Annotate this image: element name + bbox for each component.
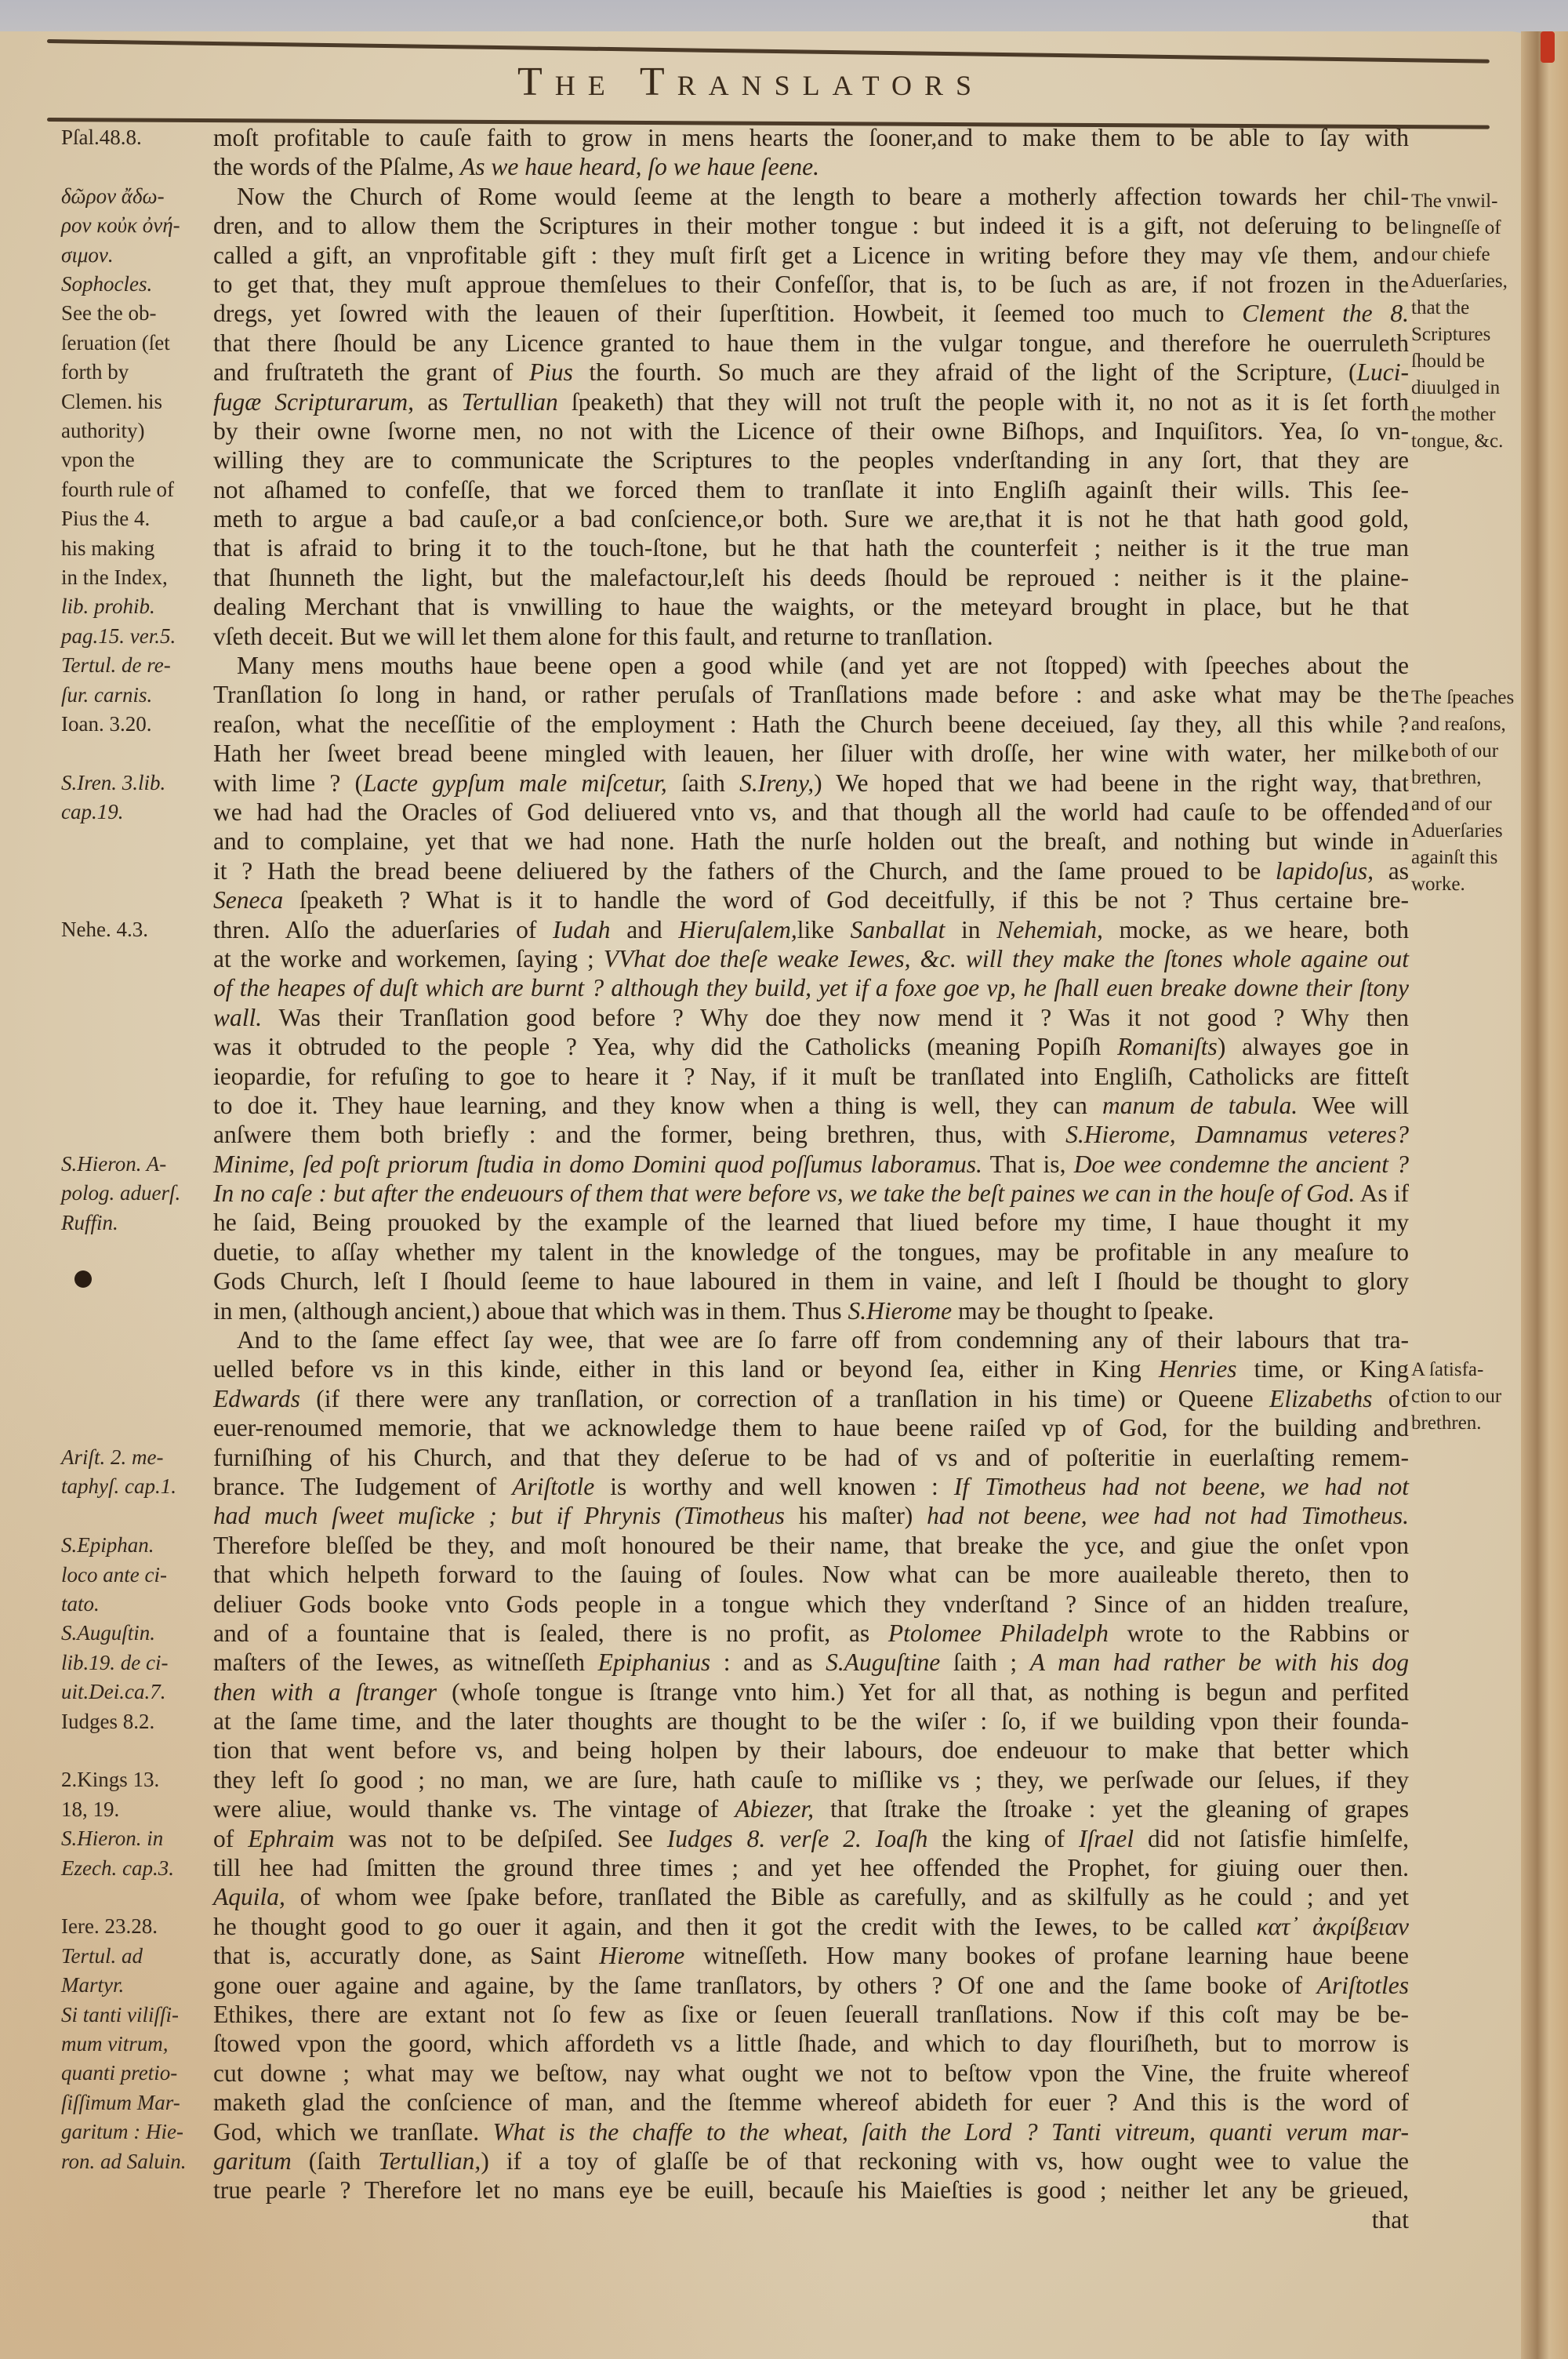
roman-text: that is, accuratly done, as Saint <box>213 1942 599 1969</box>
roman-text: and <box>611 916 679 943</box>
side-heading-line: brethren, <box>1411 765 1529 791</box>
italic-text: Clement the 8. <box>1242 300 1409 327</box>
text-line: In no caſe : but after the endeuours of … <box>213 1179 1409 1208</box>
roman-text: (if there were any tranſlation, or corre… <box>300 1385 1269 1412</box>
roman-text: maketh glad the conſcience of man, and t… <box>213 2088 1409 2116</box>
margin-note-line: S.Iren. 3.lib. <box>61 769 210 798</box>
italic-text: Romaniſts <box>1117 1033 1218 1060</box>
side-heading-line: Scriptures <box>1411 322 1529 348</box>
italic-text: Abiezer, <box>735 1795 814 1823</box>
margin-note-line: polog. aduerſ. <box>61 1179 210 1208</box>
roman-text: to get that, they muſt approue themſelue… <box>213 271 1409 298</box>
text-line: was it obtruded to the people ? Yea, why… <box>213 1032 1409 1061</box>
italic-text: Tertullian <box>462 388 558 416</box>
roman-text: ſaith ; <box>940 1648 1030 1676</box>
side-heading-note: The ſpeachesand reaſons,both of ourbreth… <box>1411 685 1529 898</box>
roman-text: that which helpeth forward to the ſauing… <box>213 1561 1409 1588</box>
roman-text: to doe it. They haue learning, and they … <box>213 1092 1102 1119</box>
text-line: Gods Church, leſt I ſhould ſeeme to haue… <box>213 1267 1409 1296</box>
roman-text: euer-renoumed memorie, that we acknowled… <box>213 1414 1409 1441</box>
roman-text <box>862 1825 876 1852</box>
side-heading-line: Aduerſaries, <box>1411 268 1529 295</box>
italic-text: S.Hierome, Damnamus veteres? <box>1065 1121 1409 1148</box>
italic-text: wall. <box>213 1004 262 1031</box>
margin-note-line: Ioan. 3.20. <box>61 710 210 739</box>
text-line: ieopardie, for refuſing to goe to heare … <box>213 1062 1409 1091</box>
italic-text: Iudah <box>553 916 611 943</box>
roman-text: they left ſo good ; no man, we are ſure,… <box>213 1766 1409 1794</box>
roman-text: (whoſe tongue is ſtrange vnto him.) Yet … <box>437 1678 1409 1706</box>
side-heading-line: and of our <box>1411 791 1529 818</box>
italic-text: Henries <box>1159 1355 1237 1383</box>
italic-text: garitum <box>213 2147 292 2175</box>
text-line: of the heapes of duſt which are burnt ? … <box>213 973 1409 1002</box>
side-heading-line: tongue, &c. <box>1411 428 1529 455</box>
margin-note-line: Iere. 23.28. <box>61 1912 210 1941</box>
roman-text: the words of the Pſalme, <box>213 153 460 180</box>
text-line: Aquila, of whom wee ſpake before, tranſl… <box>213 1882 1409 1911</box>
roman-text: ) if a toy of glaſſe be of that reckonin… <box>481 2147 1409 2175</box>
text-line: dregs, yet ſowred with the leauen of the… <box>213 299 1409 328</box>
roman-text: (ſaith <box>292 2147 379 2175</box>
margin-note-line: cap.19. <box>61 798 210 827</box>
italic-text: Sanballat <box>851 916 946 943</box>
margin-note-line: Pius the 4. <box>61 504 210 533</box>
roman-text: : and as <box>710 1648 826 1676</box>
text-line: they left ſo good ; no man, we are ſure,… <box>213 1765 1409 1794</box>
roman-text: as <box>414 388 462 416</box>
roman-text: deliuer Gods booke vnto Gods people in a… <box>213 1590 1409 1618</box>
margin-note-line: S.Hieron. in <box>61 1824 210 1853</box>
side-heading-note: A ſatisfa-ction to ourbrethren. <box>1411 1357 1529 1437</box>
roman-text: Was their Tranſlation good before ? Why … <box>262 1004 1409 1031</box>
roman-text: vſeth deceit. But we will let them alone… <box>213 623 993 650</box>
roman-text: duetie, to aſſay whether my talent in th… <box>213 1238 1409 1266</box>
side-heading-line: our chiefe <box>1411 242 1529 268</box>
text-line: true pearle ? Therefore let no mans eye … <box>213 2175 1409 2205</box>
margin-note: δῶρον ἄδω-ρον κοὐκ ὀνή-σιμον. <box>61 182 210 270</box>
text-line: vſeth deceit. But we will let them alone… <box>213 622 1409 651</box>
text-line: till hee had ſmitten the ground three ti… <box>213 1853 1409 1882</box>
italic-text: Elizabeths <box>1269 1385 1372 1412</box>
text-line: were aliue, would thanke vs. The vintage… <box>213 1794 1409 1823</box>
italic-text: Hierome <box>599 1942 684 1969</box>
margin-note-line: Iudges 8.2. <box>61 1707 210 1736</box>
roman-text: dealing Merchant that is vnwilling to ha… <box>213 593 1409 620</box>
roman-text: ſpeaketh ? What is it to handle the word… <box>283 886 1409 914</box>
text-line: and of a fountaine that is ſealed, there… <box>213 1619 1409 1648</box>
roman-text: that ſhunneth the light, but the malefac… <box>213 564 1409 591</box>
text-line: the words of the Pſalme, As we haue hear… <box>213 152 1409 181</box>
margin-note-line: authority) <box>61 416 210 445</box>
text-line: duetie, to aſſay whether my talent in th… <box>213 1238 1409 1267</box>
margin-note-line: Pſal.48.8. <box>61 123 210 152</box>
margin-note-line: tato. <box>61 1590 210 1619</box>
margin-note-line: lib. prohib. <box>61 592 210 621</box>
margin-note-line: ſeruation (ſet <box>61 329 210 358</box>
italic-text: S.Hierome <box>848 1297 952 1325</box>
margin-note-line: σιμον. <box>61 241 210 270</box>
text-line: gone ouer againe and againe, by the ſame… <box>213 1971 1409 2000</box>
roman-text: anſwere them both briefly : and the form… <box>213 1121 1065 1148</box>
italic-text: Nehemiah, <box>996 916 1103 943</box>
roman-text: furniſhing of his Church, and that they … <box>213 1444 1409 1471</box>
text-line: Edwards (if there were any tranſlation, … <box>213 1384 1409 1413</box>
text-line: we had had the Oracles of God deliuered … <box>213 798 1409 827</box>
roman-text: at the ſame time, and the later thoughts… <box>213 1707 1409 1735</box>
margin-note-line: 2.Kings 13. <box>61 1765 210 1794</box>
roman-text: ſaith <box>667 769 739 797</box>
italic-text: Edwards <box>213 1385 300 1412</box>
roman-text: thren. Alſo the aduerſaries of <box>213 916 553 943</box>
text-line: maketh glad the conſcience of man, and t… <box>213 2088 1409 2117</box>
italic-text: of the heapes of duſt which are burnt ? … <box>213 974 1409 1001</box>
roman-text: Now the Church of Rome would ſeeme at th… <box>237 183 1409 210</box>
roman-text: that is afraid to bring it to the touch-… <box>213 534 1409 562</box>
roman-text: it ? Hath the bread beene deliuered by t… <box>213 857 1276 885</box>
text-line: thren. Alſo the aduerſaries of Iudah and… <box>213 915 1409 944</box>
text-line: furniſhing of his Church, and that they … <box>213 1443 1409 1472</box>
text-line: And to the ſame effect ſay wee, that wee… <box>213 1325 1409 1354</box>
roman-text: willing they are to communicate the Scri… <box>213 446 1409 474</box>
text-line: that ſhunneth the light, but the malefac… <box>213 563 1409 592</box>
roman-text: the fourth. So much are they afraid of t… <box>573 358 1357 386</box>
italic-text: fugæ Scripturarum, <box>213 388 414 416</box>
margin-note: S.Hieron. inEzech. cap.3. <box>61 1824 210 1883</box>
text-line: by their owne ſworne men, no not with th… <box>213 416 1409 445</box>
text-line: then with a ſtranger (whoſe tongue is ſt… <box>213 1677 1409 1707</box>
roman-text: did not ſatisfie himſelfe, <box>1134 1825 1409 1852</box>
roman-text: were aliue, would thanke vs. The vintage… <box>213 1795 735 1823</box>
text-line: anſwere them both briefly : and the form… <box>213 1120 1409 1149</box>
italic-text: Aquila, <box>213 1883 285 1910</box>
italic-text: What is the chaffe to the wheat, ſaith t… <box>493 2118 1410 2146</box>
roman-text: in <box>945 916 996 943</box>
text-line: Many mens mouths haue beene open a good … <box>213 651 1409 680</box>
margin-note-line: Ariſt. 2. me- <box>61 1443 210 1472</box>
margin-note-line: his making <box>61 534 210 563</box>
italic-text: Seneca <box>213 886 283 914</box>
text-line: dren, and to allow them the Scriptures i… <box>213 211 1409 240</box>
text-line: uelled before vs in this kinde, either i… <box>213 1354 1409 1383</box>
roman-text: ſtowed vpon the goord, which affordeth v… <box>213 2030 1409 2057</box>
text-line: Minime, ſed poſt priorum ſtudia in domo … <box>213 1150 1409 1179</box>
text-line: moſt profitable to cauſe faith to grow i… <box>213 123 1409 152</box>
ink-blot <box>74 1270 92 1288</box>
text-line: wall. Was their Tranſlation good before … <box>213 1003 1409 1032</box>
side-heading-line: Aduerſaries <box>1411 818 1529 845</box>
roman-text: ſpeaketh) that they will not truſt the p… <box>558 388 1409 416</box>
roman-text: is worthy and well knowen : <box>594 1473 954 1500</box>
text-line: ſtowed vpon the goord, which affordeth v… <box>213 2029 1409 2058</box>
text-line: it ? Hath the bread beene deliuered by t… <box>213 856 1409 885</box>
roman-text: maſters of the Iewes, as witneſſeth <box>213 1648 598 1676</box>
margin-note-line: mum vitrum, <box>61 2030 210 2059</box>
roman-text: tion that went before vs, and being holp… <box>213 1736 1409 1764</box>
text-line: that is, accuratly done, as Saint Hierom… <box>213 1941 1409 1970</box>
margin-note: Ariſt. 2. me-taphyſ. cap.1. <box>61 1443 210 1502</box>
margin-note-line: Martyr. <box>61 1971 210 2000</box>
roman-text: in men, (although ancient,) aboue that w… <box>213 1297 848 1325</box>
margin-note: Si tanti viliſſi-mum vitrum,quanti preti… <box>61 2001 210 2176</box>
margin-note-line: 18, 19. <box>61 1795 210 1824</box>
roman-text: gone ouer againe and againe, by the ſame… <box>213 1972 1317 1999</box>
margin-note-line: loco ante ci- <box>61 1561 210 1590</box>
text-line: to get that, they muſt approue themſelue… <box>213 270 1409 299</box>
roman-text: that ſtrake the ſtroake : yet the gleani… <box>814 1795 1409 1823</box>
side-heading-line: brethren. <box>1411 1410 1529 1437</box>
margin-note-line: Tertul. ad <box>61 1942 210 1971</box>
roman-text: mocke, as we heare, both <box>1103 916 1409 943</box>
margin-note-line: δῶρον ἄδω- <box>61 182 210 211</box>
text-line: Now the Church of Rome would ſeeme at th… <box>213 182 1409 211</box>
text-line: God, which we tranſlate. What is the cha… <box>213 2117 1409 2146</box>
roman-text: called a gift, an vnprofitable gift : th… <box>213 242 1409 269</box>
margin-note: Nehe. 4.3. <box>61 915 210 944</box>
roman-text: of <box>213 1825 248 1852</box>
side-heading-line: that the <box>1411 295 1529 322</box>
margin-note-line: Si tanti viliſſi- <box>61 2001 210 2030</box>
roman-text: that there ſhould be any Licence granted… <box>213 329 1409 357</box>
italic-text: In no caſe : but after the endeuours of … <box>213 1179 1355 1207</box>
side-heading-line: The vnwil- <box>1411 188 1529 215</box>
italic-text: Ephraim <box>248 1825 334 1852</box>
roman-text: moſt profitable to cauſe faith to grow i… <box>213 124 1409 151</box>
margin-note-line: Tertul. de re- <box>61 651 210 680</box>
margin-note-line: Clemen. his <box>61 387 210 416</box>
margin-note-line: ron. ad Saluin. <box>61 2147 210 2176</box>
text-line: maſters of the Iewes, as witneſſeth Epip… <box>213 1648 1409 1677</box>
text-line: Tranſlation ſo long in hand, or rather p… <box>213 680 1409 709</box>
italic-text: Doe wee condemne the ancient ? <box>1074 1150 1409 1178</box>
side-heading-line: A ſatisfa- <box>1411 1357 1529 1383</box>
roman-text: with lime ? ( <box>213 769 363 797</box>
roman-text: witneſſeth. How many bookes of profane l… <box>684 1942 1409 1969</box>
text-line: with lime ? (Lacte gypſum male miſcetur,… <box>213 769 1409 798</box>
margin-note: Iere. 23.28. <box>61 1912 210 1941</box>
italic-text: Epiphanius <box>598 1648 711 1676</box>
italic-text: Ioaſh <box>876 1825 928 1852</box>
roman-text: ieopardie, for refuſing to goe to heare … <box>213 1063 1409 1090</box>
text-line: deliuer Gods booke vnto Gods people in a… <box>213 1590 1409 1619</box>
roman-text: was it obtruded to the people ? Yea, why… <box>213 1033 1117 1060</box>
roman-text: As if <box>1355 1179 1409 1207</box>
text-line: cut downe ; what may we beſtow, nay what… <box>213 2059 1409 2088</box>
text-line: he ſaid, Being prouoked by the example o… <box>213 1208 1409 1237</box>
margin-note-line: lib.19. de ci- <box>61 1648 210 1677</box>
italic-text: Luci- <box>1357 358 1410 386</box>
roman-text: his maſter) <box>785 1502 927 1529</box>
italic-text: VVhat doe theſe weake Iewes, &c. will th… <box>604 945 1409 972</box>
roman-text: and fruſtrateth the grant of <box>213 358 529 386</box>
roman-text: Gods Church, leſt I ſhould ſeeme to haue… <box>213 1267 1409 1295</box>
side-heading-note: The vnwil-lingneſſe ofour chiefeAduerſar… <box>1411 188 1529 455</box>
margin-note-line: quanti pretio- <box>61 2059 210 2088</box>
margin-note-line: Nehe. 4.3. <box>61 915 210 944</box>
italic-text: had not beene, wee had not had Timotheus… <box>927 1502 1409 1529</box>
text-line: Ethikes, there are extant not ſo few as … <box>213 2000 1409 2029</box>
text-line: and to complaine, yet that we had none. … <box>213 827 1409 856</box>
roman-text: Many mens mouths haue beene open a good … <box>237 652 1409 679</box>
margin-note: 2.Kings 13.18, 19. <box>61 1765 210 1824</box>
side-heading-line: The ſpeaches <box>1411 685 1529 711</box>
text-line: called a gift, an vnprofitable gift : th… <box>213 241 1409 270</box>
roman-text: like <box>797 916 851 943</box>
text-line: garitum (ſaith Tertullian,) if a toy of … <box>213 2146 1409 2175</box>
roman-text: of <box>1372 1385 1409 1412</box>
roman-text: dren, and to allow them the Scriptures i… <box>213 212 1409 239</box>
side-heading-line: worke. <box>1411 871 1529 898</box>
side-heading-line: againſt this <box>1411 845 1529 871</box>
text-line: meth to argue a bad cauſe,or a bad conſc… <box>213 504 1409 533</box>
margin-note-line: taphyſ. cap.1. <box>61 1472 210 1501</box>
margin-note-line: Sophocles. <box>61 270 210 299</box>
side-heading-line: diuulged in <box>1411 375 1529 402</box>
text-line: tion that went before vs, and being holp… <box>213 1736 1409 1765</box>
margin-note-line: ſiſſimum Mar- <box>61 2088 210 2117</box>
text-line: of Ephraim was not to be deſpiſed. See I… <box>213 1824 1409 1853</box>
roman-text: the king of <box>927 1825 1079 1852</box>
margin-note: S.Auguſtin.lib.19. de ci-uit.Dei.ca.7. <box>61 1619 210 1707</box>
text-line: dealing Merchant that is vnwilling to ha… <box>213 592 1409 621</box>
margin-note-line: pag.15. ver.5. <box>61 622 210 651</box>
text-line: in men, (although ancient,) aboue that w… <box>213 1296 1409 1325</box>
roman-text: Hath her ſweet bread beene mingled with … <box>213 740 1409 767</box>
italic-text: Hieruſalem, <box>678 916 797 943</box>
italic-text: A man had rather be with his dog <box>1030 1648 1409 1676</box>
margin-note: See the ob-ſeruation (ſetforth byClemen.… <box>61 299 210 592</box>
text-line: that there ſhould be any Licence granted… <box>213 329 1409 358</box>
roman-text: time, or King <box>1237 1355 1409 1383</box>
margin-note-line: in the Index, <box>61 563 210 592</box>
side-heading-line: lingneſſe of <box>1411 215 1529 242</box>
italic-text: manum de tabula. <box>1102 1092 1298 1119</box>
roman-text: as <box>1374 857 1409 885</box>
roman-text: brance. The Iudgement of <box>213 1473 512 1500</box>
text-line: at the ſame time, and the later thoughts… <box>213 1707 1409 1736</box>
margin-note-line: See the ob- <box>61 299 210 328</box>
roman-text: uelled before vs in this kinde, either i… <box>213 1355 1159 1383</box>
italic-text: Pius <box>529 358 573 386</box>
margin-note: Tertul. adMartyr. <box>61 1942 210 2001</box>
margin-note-line: vpon the <box>61 445 210 474</box>
italic-text: If Timotheus had not beene, we had not <box>954 1473 1409 1500</box>
margin-note-line: Ruffin. <box>61 1209 210 1238</box>
text-line: willing they are to communicate the Scri… <box>213 445 1409 474</box>
italic-text: Ptolomee Philadelph <box>888 1619 1109 1647</box>
roman-text: at the worke and workemen, ſaying ; <box>213 945 604 972</box>
roman-text: of whom wee ſpake before, tranſlated the… <box>285 1883 1409 1910</box>
text-line: and fruſtrateth the grant of Pius the fo… <box>213 358 1409 387</box>
margin-note: Iudges 8.2. <box>61 1707 210 1736</box>
side-heading-line: ſhould be <box>1411 348 1529 375</box>
italic-text: κατ᾽ ἀκρίβειαν <box>1257 1913 1409 1940</box>
italic-text: As we haue heard, ſo we haue ſeene. <box>460 153 819 180</box>
text-line: euer-renoumed memorie, that we acknowled… <box>213 1413 1409 1442</box>
roman-text: and of a fountaine that is ſealed, there… <box>213 1619 888 1647</box>
margin-note: S.Iren. 3.lib.cap.19. <box>61 769 210 827</box>
roman-text: was not to be deſpiſed. See <box>334 1825 666 1852</box>
italic-text: Minime, ſed poſt priorum ſtudia in domo … <box>213 1150 982 1178</box>
margin-note: S.Epiphan.loco ante ci-tato. <box>61 1531 210 1619</box>
roman-text: meth to argue a bad cauſe,or a bad conſc… <box>213 505 1409 533</box>
margin-note: lib. prohib.pag.15. ver.5.Tertul. de re-… <box>61 592 210 710</box>
roman-text: ) We hoped that we had beene in the righ… <box>814 769 1409 797</box>
roman-text: that <box>1372 2206 1409 2234</box>
text-line: Therefore bleſſed be they, and moſt hono… <box>213 1531 1409 1560</box>
roman-text: we had had the Oracles of God deliuered … <box>213 798 1409 826</box>
text-line: at the worke and workemen, ſaying ; VVha… <box>213 944 1409 973</box>
side-heading-line: both of our <box>1411 738 1529 765</box>
margin-note-line: S.Epiphan. <box>61 1531 210 1560</box>
text-line: fugæ Scripturarum, as Tertullian ſpeaket… <box>213 387 1409 416</box>
page-edge-red-mark <box>1541 31 1555 63</box>
italic-text: S.Auguſtine <box>826 1648 940 1676</box>
roman-text: ) alwayes goe in <box>1218 1033 1409 1060</box>
italic-text: then with a ſtranger <box>213 1678 437 1706</box>
text-line: that is afraid to bring it to the touch-… <box>213 533 1409 562</box>
roman-text: till hee had ſmitten the ground three ti… <box>213 1854 1409 1881</box>
italic-text: lapidoſus, <box>1276 857 1374 885</box>
roman-text: Therefore bleſſed be they, and moſt hono… <box>213 1532 1409 1559</box>
text-line: reaſon, what the neceſſitie of the emplo… <box>213 710 1409 739</box>
margin-note-line: uit.Dei.ca.7. <box>61 1677 210 1707</box>
roman-text: cut downe ; what may we beſtow, nay what… <box>213 2059 1409 2087</box>
margin-note: Ioan. 3.20. <box>61 710 210 739</box>
body-text-column: moſt profitable to cauſe faith to grow i… <box>213 123 1409 2234</box>
text-line: had much ſweet muſicke ; but if Phrynis … <box>213 1501 1409 1530</box>
roman-text: dregs, yet ſowred with the leauen of the… <box>213 300 1242 327</box>
roman-text: Tranſlation ſo long in hand, or rather p… <box>213 681 1409 708</box>
roman-text: and to complaine, yet that we had none. … <box>213 827 1409 855</box>
roman-text: he ſaid, Being prouoked by the example o… <box>213 1209 1409 1236</box>
text-line: that <box>213 2205 1409 2234</box>
italic-text: had much ſweet muſicke ; but if Phrynis … <box>213 1502 785 1529</box>
text-line: not aſhamed to confeſſe, that we forced … <box>213 475 1409 504</box>
margin-note-line: forth by <box>61 358 210 387</box>
text-line: Hath her ſweet bread beene mingled with … <box>213 739 1409 768</box>
italic-text: Ariſtotle <box>512 1473 594 1500</box>
roman-text: he thought good to go ouer it again, and… <box>213 1913 1257 1940</box>
italic-text: Ariſtotles <box>1317 1972 1409 1999</box>
margin-note-line: fourth rule of <box>61 475 210 504</box>
roman-text: may be thought to ſpeake. <box>952 1297 1214 1325</box>
side-heading-line: the mother <box>1411 402 1529 428</box>
margin-note: Sophocles. <box>61 270 210 299</box>
text-line: he thought good to go ouer it again, and… <box>213 1912 1409 1941</box>
margin-note-line: Ezech. cap.3. <box>61 1854 210 1883</box>
roman-text: God, which we tranſlate. <box>213 2118 493 2146</box>
text-line: brance. The Iudgement of Ariſtotle is wo… <box>213 1472 1409 1501</box>
margin-note-line: ρον κοὐκ ὀνή- <box>61 211 210 240</box>
italic-text: Iſrael <box>1079 1825 1134 1852</box>
margin-note-line: garitum : Hie- <box>61 2117 210 2146</box>
roman-text: true pearle ? Therefore let no mans eye … <box>213 2176 1409 2204</box>
roman-text: Ethikes, there are extant not ſo few as … <box>213 2001 1409 2028</box>
roman-text: reaſon, what the neceſſitie of the emplo… <box>213 711 1409 738</box>
italic-text: Lacte gypſum male miſcetur, <box>363 769 667 797</box>
roman-text: And to the ſame effect ſay wee, that wee… <box>237 1326 1409 1354</box>
margin-note-line: S.Auguſtin. <box>61 1619 210 1648</box>
roman-text: That is, <box>982 1150 1074 1178</box>
italic-text: Iudges 8. verſe 2. <box>667 1825 862 1852</box>
italic-text: Tertullian, <box>378 2147 481 2175</box>
roman-text: by their owne ſworne men, no not with th… <box>213 417 1409 445</box>
margin-note-line: S.Hieron. A- <box>61 1150 210 1179</box>
side-heading-line: ction to our <box>1411 1383 1529 1410</box>
italic-text: S.Ireny, <box>739 769 814 797</box>
text-line: that which helpeth forward to the ſauing… <box>213 1560 1409 1589</box>
